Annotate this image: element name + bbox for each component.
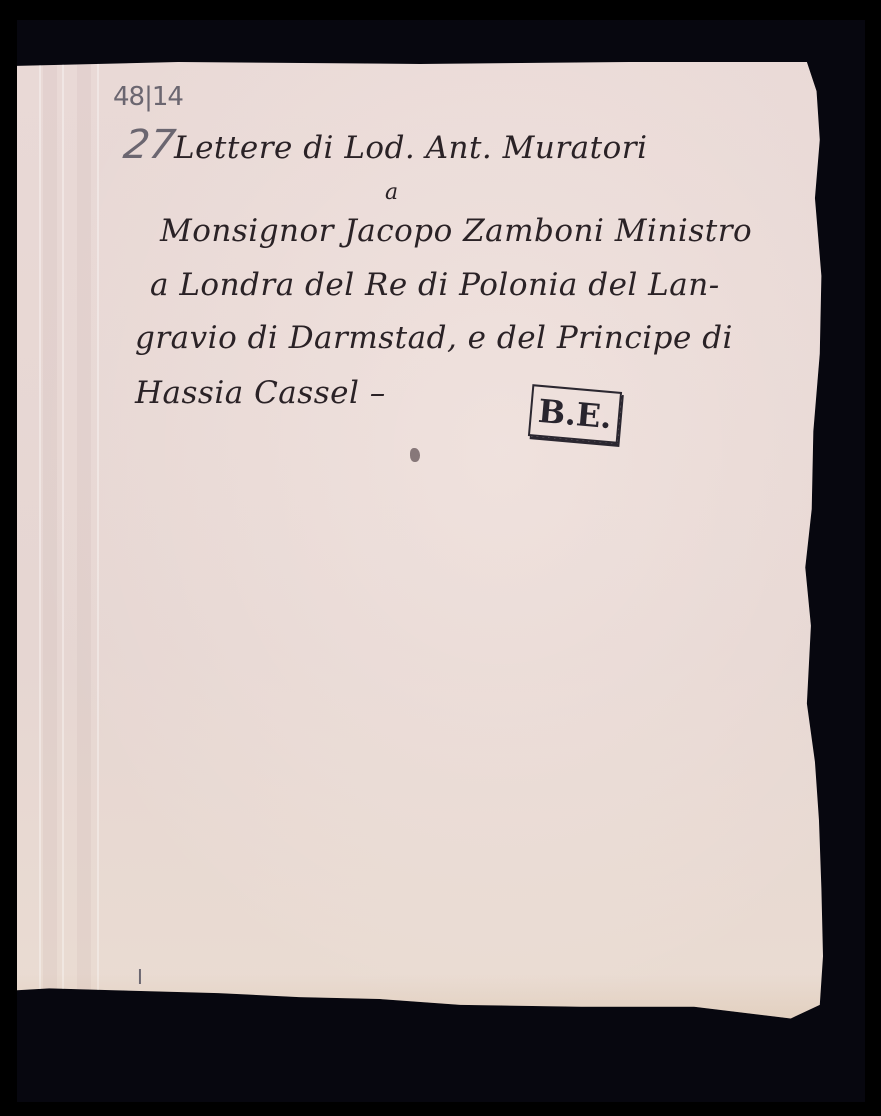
title-line-1: Lettere di Lod. Ant. Muratori <box>174 130 648 166</box>
library-stamp: B.E. <box>528 384 622 444</box>
fold-shadow <box>77 62 91 1034</box>
fold-shadow <box>43 62 57 1034</box>
fold-line <box>39 62 41 1034</box>
fold-line <box>97 62 99 1034</box>
ink-blot <box>410 448 420 462</box>
title-line-3: Monsignor Jacopo Zamboni Ministro <box>160 213 752 249</box>
title-line-2: a <box>385 180 399 205</box>
item-number: 27 <box>121 122 178 168</box>
title-line-5: gravio di Darmstad, e del Principe di <box>135 320 733 356</box>
title-line-4: a Londra del Re di Polonia del Lan- <box>150 267 720 303</box>
title-line-6: Hassia Cassel – <box>135 375 386 411</box>
archive-number: 48|14 <box>113 82 183 112</box>
stamp-text: B.E. <box>537 392 614 436</box>
folio-mark: I <box>137 965 143 989</box>
fold-line <box>62 62 64 1034</box>
manuscript-page <box>17 62 823 1034</box>
